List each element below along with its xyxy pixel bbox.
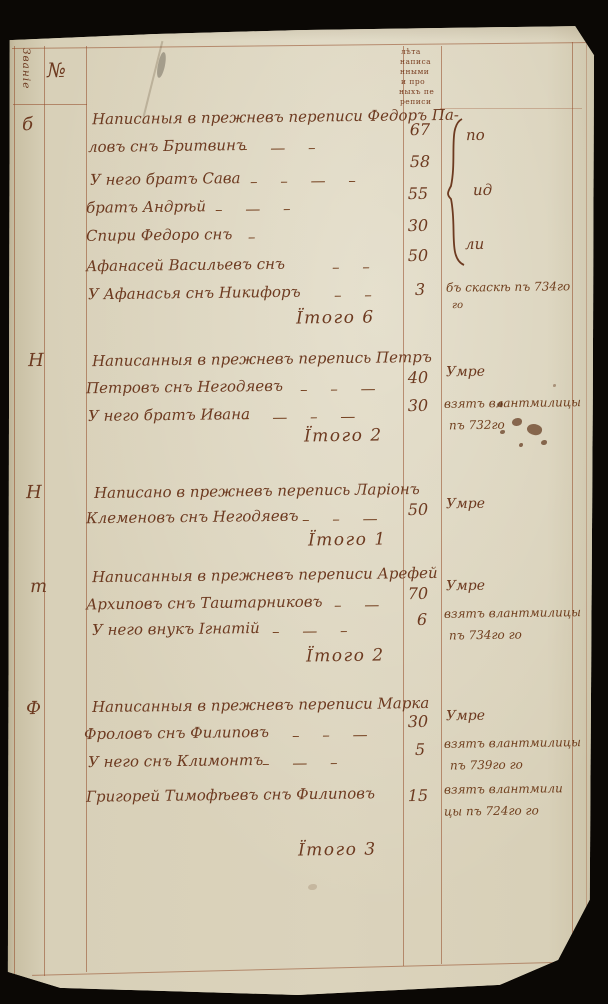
table-rule-top xyxy=(12,42,594,49)
margin-note: взятъ влантмилицы xyxy=(444,605,581,621)
brace-note-fragment: ли xyxy=(465,235,484,253)
entry-line: У Афанасья снъ Никифоръ xyxy=(88,283,301,304)
margin-note: взятъ влантмилицы xyxy=(444,395,581,411)
age-value: 40 xyxy=(400,368,436,387)
margin-note: пъ 739го го xyxy=(450,758,523,773)
entry-line: У него братъ Сава xyxy=(90,169,241,189)
entry-line: Написанныя в прежневъ перепись Петръ xyxy=(92,348,432,370)
ink-blot xyxy=(500,430,505,434)
entry-dashes: – – — – xyxy=(250,171,358,190)
ink-blot xyxy=(519,443,523,447)
age-value: 50 xyxy=(400,500,436,519)
entry-line: Написано в прежневъ перепись Ларіонъ xyxy=(94,480,420,502)
margin-note: цы пъ 724го го xyxy=(444,803,539,818)
entry-line: У него снъ Климонтъ xyxy=(88,751,263,771)
table-rule-header-bottom-right xyxy=(440,108,582,109)
margin-note: Умре xyxy=(446,496,485,512)
age-value: 67 xyxy=(402,120,438,139)
margin-note: Умре xyxy=(446,708,485,724)
household-marker: т xyxy=(30,576,47,597)
age-value: 5 xyxy=(402,740,438,759)
age-value: 55 xyxy=(400,184,436,203)
age-value: 15 xyxy=(400,786,436,805)
entry-dashes: – — – xyxy=(215,200,293,219)
age-value: 50 xyxy=(400,246,436,265)
margin-note: взятъ влантмили xyxy=(444,781,563,796)
household-total: Їтого 1 xyxy=(308,530,387,551)
table-rule-header-bottom-left xyxy=(13,104,87,105)
entry-dashes: – — – xyxy=(262,754,340,773)
age-column-header-line4: и про xyxy=(401,77,425,86)
entry-dashes: – — xyxy=(334,596,381,615)
entry-line: Архиповъ снъ Таштарниковъ xyxy=(86,593,323,614)
age-value: 58 xyxy=(402,152,438,171)
corner-stain xyxy=(56,16,66,25)
household-total: Їтого 6 xyxy=(296,308,375,329)
entry-line: братъ Андрѣй xyxy=(86,197,206,216)
number-column-header: № xyxy=(47,58,66,82)
rank-column-header: Званіе xyxy=(20,48,32,89)
margin-note: пъ 732го xyxy=(449,418,505,433)
age-column-header-line2: написа xyxy=(400,57,431,66)
entry-dashes: – — – xyxy=(272,622,350,641)
paper-crease xyxy=(143,41,164,117)
entry-line: Спири Федоро снъ xyxy=(86,225,233,245)
ink-blot xyxy=(308,884,317,890)
margin-note: взятъ влантмилицы xyxy=(444,735,581,751)
table-rule-bottom xyxy=(32,961,590,976)
page-edge-line xyxy=(586,30,587,935)
grouping-brace xyxy=(442,116,466,268)
age-value: 30 xyxy=(400,216,436,235)
household-marker: б xyxy=(22,114,33,135)
manuscript-page: Званіе № лѣта написа нными и про ныхъ пе… xyxy=(0,0,608,1004)
entry-line: У него братъ Ивана xyxy=(88,405,250,425)
household-total: Їтого 2 xyxy=(304,426,383,447)
table-rule-rank-number-divider xyxy=(44,46,45,976)
entry-dashes: – – — xyxy=(302,510,380,529)
entry-line: У него внукъ Ігнатій xyxy=(92,619,260,639)
entry-line: Афанасей Васильевъ снъ xyxy=(86,255,285,275)
ink-blot xyxy=(541,440,547,445)
entry-dashes: – – — xyxy=(292,726,370,745)
brace-note-fragment: по xyxy=(466,126,485,144)
age-value: 30 xyxy=(400,396,436,415)
household-marker: Н xyxy=(28,350,44,371)
margin-note: Умре xyxy=(446,364,485,380)
age-value: 3 xyxy=(402,280,438,299)
household-total: Їтого 2 xyxy=(306,646,385,667)
entry-dashes: – xyxy=(248,228,258,246)
age-value: 70 xyxy=(400,584,436,603)
ink-blot xyxy=(512,418,522,426)
ink-blot xyxy=(526,422,544,437)
age-column-header-line1: лѣта xyxy=(401,47,421,56)
entry-dashes: – – xyxy=(334,286,374,304)
entry-line: Написанныя в прежневъ переписи Марка xyxy=(92,694,429,716)
age-value: 6 xyxy=(404,610,440,629)
age-value: 30 xyxy=(400,712,436,731)
entry-line: Клеменовъ снъ Негодяевъ xyxy=(86,507,299,528)
corner-stain xyxy=(36,6,56,22)
margin-note: Умре xyxy=(446,578,485,594)
table-rule-right-margin xyxy=(572,42,573,956)
entry-line: Фроловъ снъ Филиповъ xyxy=(84,723,269,743)
age-column-header-line5: ныхъ пе xyxy=(399,87,434,96)
entry-dashes: – — – — xyxy=(242,407,358,426)
entry-line: Григорей Тимофѣевъ снъ Филиповъ xyxy=(86,784,375,806)
household-marker: Ф xyxy=(26,698,41,719)
entry-line: Петровъ снъ Негодяевъ xyxy=(86,377,283,397)
household-total: Їтого 3 xyxy=(298,840,377,861)
entry-line: Написанныя в прежневъ переписи Арефей xyxy=(92,564,438,586)
age-column-header-line3: нными xyxy=(400,67,429,76)
age-column-header-line6: реписи xyxy=(400,97,431,106)
brace-note-fragment: ид xyxy=(473,181,492,199)
entry-line: ловъ снъ Бритвинъ xyxy=(88,136,246,156)
book-photo-background: Званіе № лѣта написа нными и про ныхъ пе… xyxy=(0,0,608,1004)
table-rule-left-edge xyxy=(14,46,15,982)
household-marker: Н xyxy=(26,482,42,503)
margin-note: го xyxy=(452,300,463,311)
ink-blot xyxy=(553,384,556,387)
entry-dashes: – – — xyxy=(300,380,378,399)
margin-note: бъ скаскѣ пъ 734го xyxy=(446,279,570,295)
margin-note: пъ 734го го xyxy=(449,628,522,643)
entry-dashes: – — – xyxy=(240,139,318,158)
entry-dashes: – – xyxy=(332,258,372,276)
